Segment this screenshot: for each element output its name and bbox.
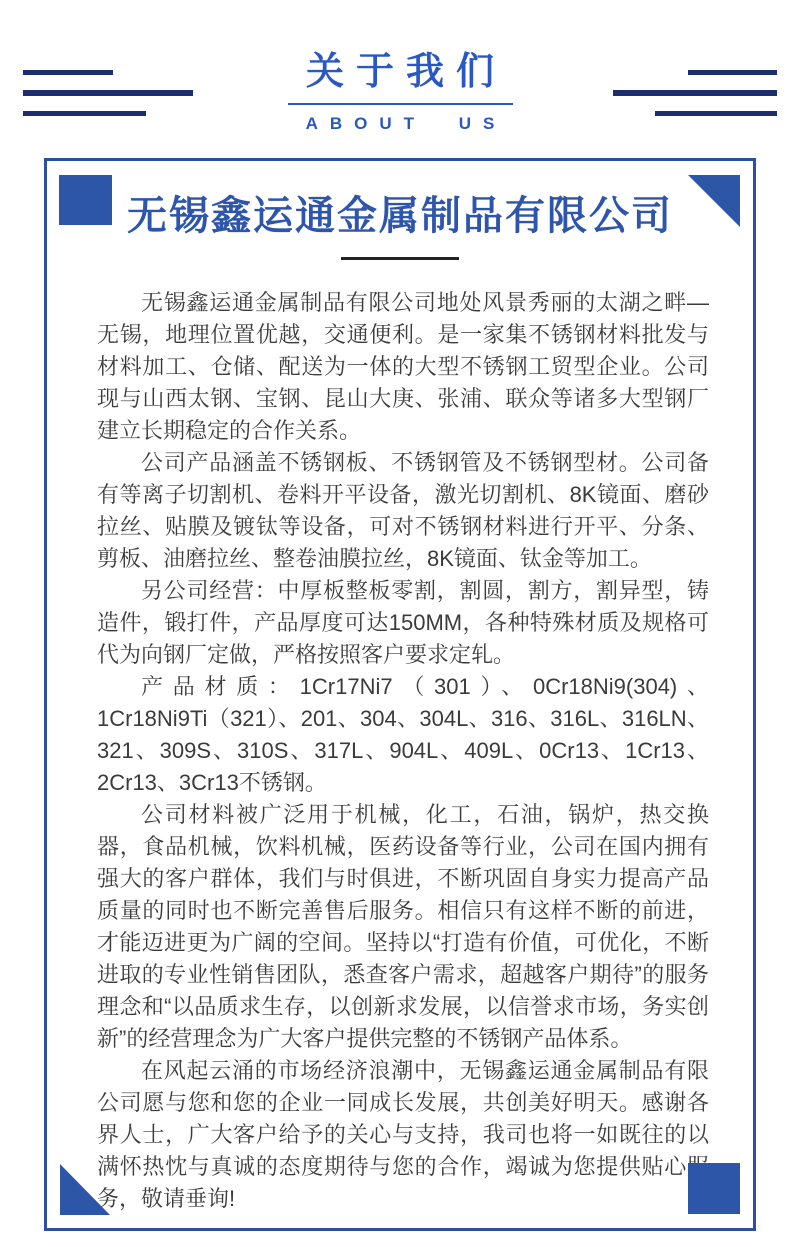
about-paragraph-5: 公司材料被广泛用于机械，化工，石油，锅炉，热交换器，食品机械，饮料机械，医药设备… bbox=[97, 799, 709, 1055]
section-title-underline bbox=[288, 103, 513, 105]
about-paragraph-6: 在风起云涌的市场经济浪潮中，无锡鑫运通金属制品有限公司愿与您和您的企业一同成长发… bbox=[97, 1055, 709, 1215]
section-subtitle: ABOUT US bbox=[0, 114, 800, 134]
about-paragraph-4: 产品材质：1Cr17Ni7（301）、0Cr18Ni9(304)、1Cr18Ni… bbox=[97, 671, 709, 799]
corner-square-bottom-right bbox=[688, 1163, 740, 1214]
company-name-heading: 无锡鑫运通金属制品有限公司 bbox=[47, 192, 753, 240]
about-text-body: 无锡鑫运通金属制品有限公司地处风景秀丽的太湖之畔—无锡，地理位置优越，交通便利。… bbox=[97, 287, 709, 1215]
about-paragraph-3: 另公司经营：中厚板整板零割，割圆，割方，割异型，铸造件，锻打件，产品厚度可达15… bbox=[97, 575, 709, 671]
title-divider bbox=[341, 257, 459, 260]
corner-square-top-left bbox=[59, 175, 112, 225]
about-paragraph-2: 公司产品涵盖不锈钢板、不锈钢管及不锈钢型材。公司备有等离子切割机、卷料开平设备，… bbox=[97, 447, 709, 575]
header-title-block: 关于我们 ABOUT US bbox=[0, 52, 800, 134]
page-header: 关于我们 ABOUT US bbox=[0, 0, 800, 158]
about-paragraph-1: 无锡鑫运通金属制品有限公司地处风景秀丽的太湖之畔—无锡，地理位置优越，交通便利。… bbox=[97, 287, 709, 447]
about-card: 无锡鑫运通金属制品有限公司 无锡鑫运通金属制品有限公司地处风景秀丽的太湖之畔—无… bbox=[44, 158, 756, 1231]
section-title: 关于我们 bbox=[0, 52, 800, 94]
